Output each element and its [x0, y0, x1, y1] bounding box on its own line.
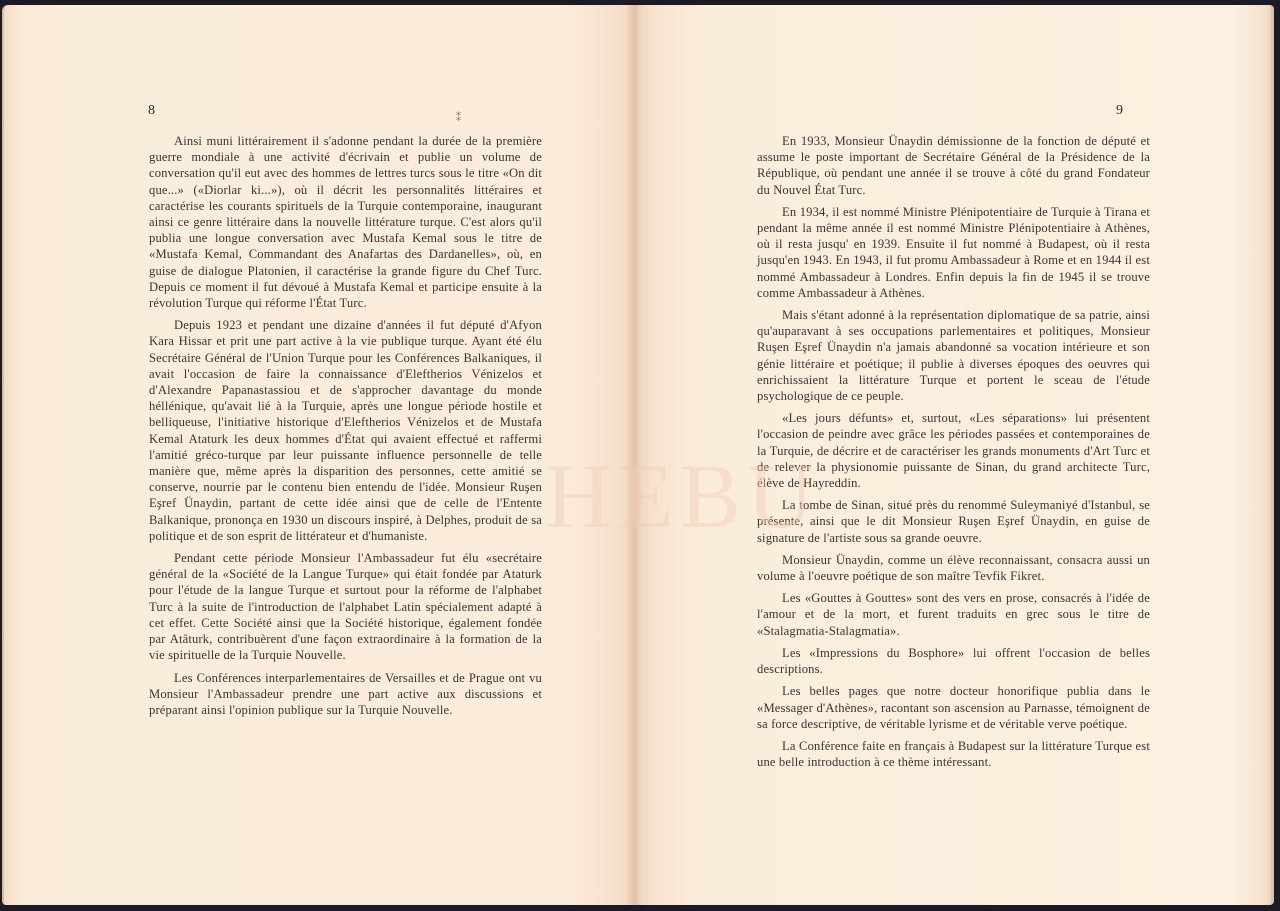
paragraph: Depuis 1923 et pendant une dizaine d'ann…	[149, 317, 542, 544]
right-page: 9 En 1933, Monsieur Ünaydin démissionne …	[634, 5, 1274, 905]
paragraph: Ainsi muni littérairement il s'adonne pe…	[149, 133, 542, 311]
paragraph: La Conférence faite en français à Budape…	[757, 738, 1150, 770]
paragraph: Mais s'étant adonné à la représentation …	[757, 307, 1150, 404]
paragraph: «Les jours défunts» et, surtout, «Les sé…	[757, 410, 1150, 491]
paragraph: Les «Impressions du Bosphore» lui offren…	[757, 645, 1150, 677]
left-page: 8 ⁑ Ainsi muni littérairement il s'adonn…	[2, 5, 634, 905]
paragraph: Pendant cette période Monsieur l'Ambassa…	[149, 550, 542, 663]
paragraph: Les belles pages que notre docteur honor…	[757, 683, 1150, 732]
paragraph: Monsieur Ünaydin, comme un élève reconna…	[757, 552, 1150, 584]
paragraph: La tombe de Sinan, situé près du renommé…	[757, 497, 1150, 546]
paragraph: En 1934, il est nommé Ministre Plénipote…	[757, 204, 1150, 301]
page-number: 8	[148, 103, 155, 119]
ink-speck: ⁑	[456, 113, 461, 124]
right-page-text: En 1933, Monsieur Ünaydin démissionne de…	[757, 133, 1150, 776]
open-book: 8 ⁑ Ainsi muni littérairement il s'adonn…	[0, 5, 1280, 905]
left-page-text: Ainsi muni littérairement il s'adonne pe…	[149, 133, 542, 724]
page-number: 9	[1116, 103, 1123, 119]
paragraph: Les Conférences interparlementaires de V…	[149, 670, 542, 719]
paragraph: Les «Gouttes à Gouttes» sont des vers en…	[757, 590, 1150, 639]
paragraph: En 1933, Monsieur Ünaydin démissionne de…	[757, 133, 1150, 198]
